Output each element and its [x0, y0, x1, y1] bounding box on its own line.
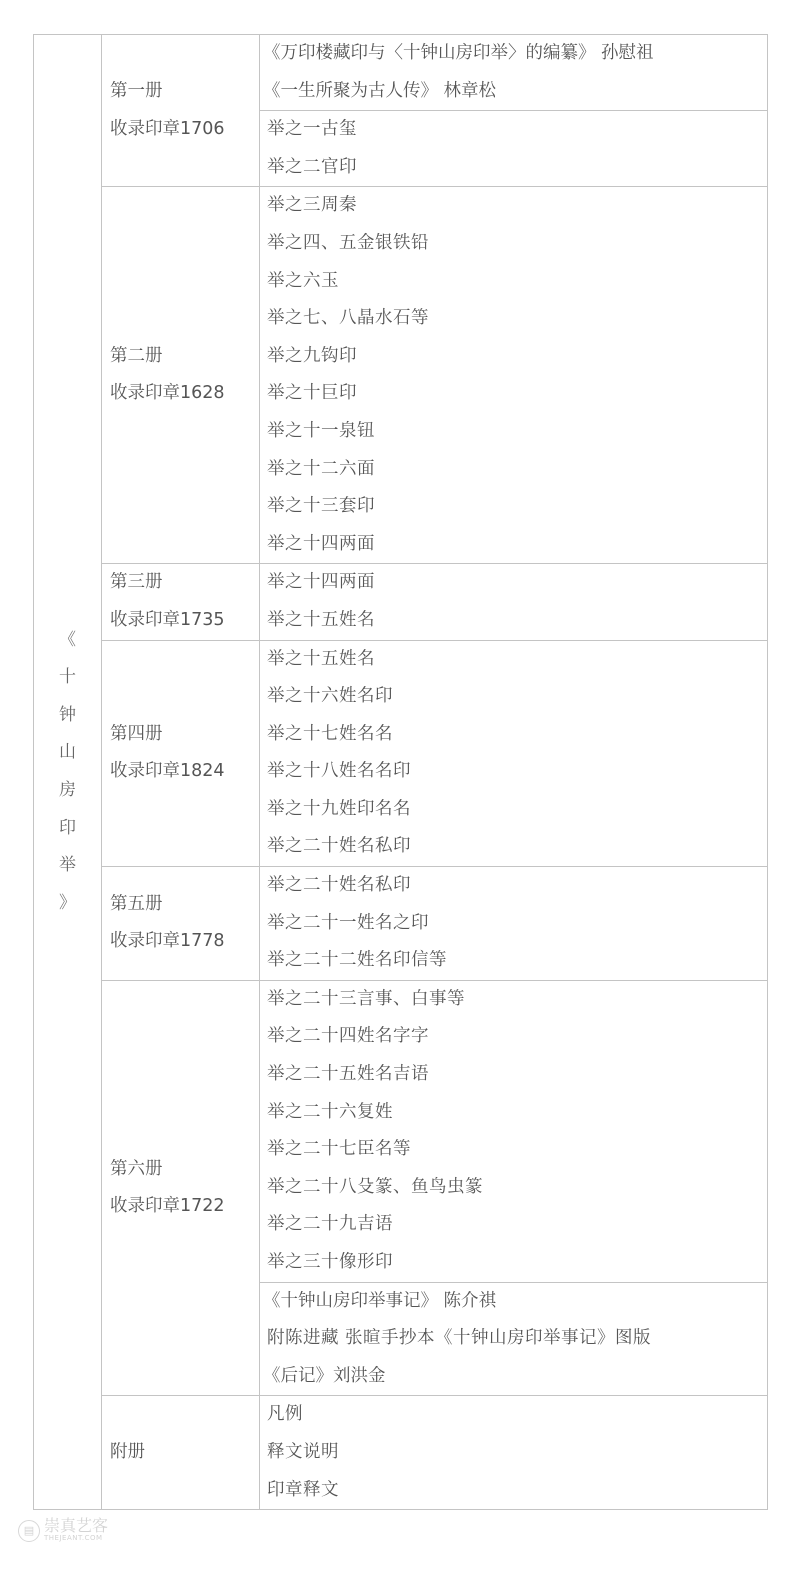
volume-cell: 第三册收录印章1735 [102, 564, 260, 640]
list-item: 举之十六姓名印 [267, 678, 767, 716]
volume-name: 第六册 [110, 1151, 259, 1189]
list-item: 举之二十四姓名字字 [267, 1018, 767, 1056]
watermark-subtext: THEJEANT.COM [44, 1534, 108, 1543]
list-item: 举之四、五金银铁铅 [267, 225, 767, 263]
contents-table: 《 十 钟 山 房 印 举 》第一册收录印章1706《万印楼藏印与〈十钟山房印举… [33, 34, 768, 1510]
list-item: 举之二十姓名私印 [267, 828, 767, 866]
volume-seal-count: 收录印章1628 [110, 375, 259, 413]
table-row: 第二册收录印章1628举之三周秦举之四、五金银铁铅举之六玉举之七、八晶水石等举之… [34, 187, 768, 564]
list-item: 举之十五姓名 [267, 641, 767, 679]
volume-name: 第三册 [110, 564, 259, 602]
list-item: 印章释文 [267, 1472, 767, 1510]
list-item: 凡例 [267, 1396, 767, 1434]
list-item: 举之十二六面 [267, 451, 767, 489]
contents-items-cell: 凡例释文说明印章释文 [260, 1396, 768, 1510]
watermark: ▤ 崇真艺客 THEJEANT.COM [18, 1518, 108, 1543]
volume-cell: 第一册收录印章1706 [102, 35, 260, 187]
volume-cell: 第五册收录印章1778 [102, 867, 260, 981]
table-row: 第五册收录印章1778举之二十姓名私印举之二十一姓名之印举之二十二姓名印信等 [34, 867, 768, 981]
list-item: 举之二十五姓名吉语 [267, 1056, 767, 1094]
volume-seal-count: 收录印章1778 [110, 923, 259, 961]
volume-seal-count: 收录印章1706 [110, 111, 259, 149]
contents-items-cell: 举之十五姓名举之十六姓名印举之十七姓名名举之十八姓名名印举之十九姓印名名举之二十… [260, 640, 768, 867]
series-title: 《 十 钟 山 房 印 举 》 [34, 35, 102, 1510]
list-item: 举之十四两面 [267, 526, 767, 564]
list-item: 举之十七姓名名 [267, 716, 767, 754]
list-item: 举之二十九吉语 [267, 1206, 767, 1244]
volume-seal-count: 收录印章1735 [110, 602, 259, 640]
volume-name: 第五册 [110, 886, 259, 924]
list-item: 举之二十姓名私印 [267, 867, 767, 905]
list-item: 举之二十一姓名之印 [267, 905, 767, 943]
list-item: 举之二十三言事、白事等 [267, 981, 767, 1019]
list-item: 举之十四两面 [267, 564, 767, 602]
list-item: 举之十八姓名名印 [267, 753, 767, 791]
list-item: 举之二十六复姓 [267, 1094, 767, 1132]
list-item: 举之三十像形印 [267, 1244, 767, 1282]
list-item: 举之二十八殳篆、鱼鸟虫篆 [267, 1169, 767, 1207]
contents-items-cell: 举之十四两面举之十五姓名 [260, 564, 768, 640]
volume-name: 第二册 [110, 338, 259, 376]
table-row: 《 十 钟 山 房 印 举 》第一册收录印章1706《万印楼藏印与〈十钟山房印举… [34, 35, 768, 111]
book-icon: ▤ [18, 1520, 40, 1542]
volume-seal-count: 收录印章1824 [110, 753, 259, 791]
list-item: 举之十九姓印名名 [267, 791, 767, 829]
contents-items-cell: 《万印楼藏印与〈十钟山房印举〉的编纂》 孙慰祖《一生所聚为古人传》 林章松 [260, 35, 768, 111]
volume-cell: 第二册收录印章1628 [102, 187, 260, 564]
volume-name: 第四册 [110, 716, 259, 754]
list-item: 举之二十七臣名等 [267, 1131, 767, 1169]
list-item: 举之九钩印 [267, 338, 767, 376]
table-row: 第三册收录印章1735举之十四两面举之十五姓名 [34, 564, 768, 640]
list-item: 举之二官印 [267, 149, 767, 187]
list-item: 释文说明 [267, 1434, 767, 1472]
table-row: 第四册收录印章1824举之十五姓名举之十六姓名印举之十七姓名名举之十八姓名名印举… [34, 640, 768, 867]
list-item: 《万印楼藏印与〈十钟山房印举〉的编纂》 孙慰祖 [263, 35, 767, 73]
list-item: 举之十巨印 [267, 375, 767, 413]
contents-items-cell: 举之三周秦举之四、五金银铁铅举之六玉举之七、八晶水石等举之九钩印举之十巨印举之十… [260, 187, 768, 564]
list-item: 附陈进藏 张暄手抄本《十钟山房印举事记》图版 [267, 1320, 767, 1358]
volume-cell: 第六册收录印章1722 [102, 980, 260, 1396]
contents-items-cell: 举之一古玺举之二官印 [260, 111, 768, 187]
list-item: 举之一古玺 [267, 111, 767, 149]
table-row: 附册凡例释文说明印章释文 [34, 1396, 768, 1510]
contents-items-cell: 举之二十姓名私印举之二十一姓名之印举之二十二姓名印信等 [260, 867, 768, 981]
contents-items-cell: 《十钟山房印举事记》 陈介祺附陈进藏 张暄手抄本《十钟山房印举事记》图版《后记》… [260, 1282, 768, 1396]
contents-items-cell: 举之二十三言事、白事等举之二十四姓名字字举之二十五姓名吉语举之二十六复姓举之二十… [260, 980, 768, 1282]
volume-name: 附册 [110, 1434, 259, 1472]
list-item: 举之三周秦 [267, 187, 767, 225]
list-item: 举之十一泉钮 [267, 413, 767, 451]
list-item: 举之二十二姓名印信等 [267, 942, 767, 980]
table-row: 第六册收录印章1722举之二十三言事、白事等举之二十四姓名字字举之二十五姓名吉语… [34, 980, 768, 1282]
list-item: 举之十三套印 [267, 488, 767, 526]
volume-seal-count: 收录印章1722 [110, 1188, 259, 1226]
list-item: 《十钟山房印举事记》 陈介祺 [263, 1283, 767, 1321]
volume-cell: 附册 [102, 1396, 260, 1510]
watermark-text: 崇真艺客 [44, 1518, 108, 1534]
list-item: 举之十五姓名 [267, 602, 767, 640]
volume-cell: 第四册收录印章1824 [102, 640, 260, 867]
list-item: 举之六玉 [267, 263, 767, 301]
list-item: 《后记》刘洪金 [263, 1358, 767, 1396]
volume-name: 第一册 [110, 73, 259, 111]
list-item: 举之七、八晶水石等 [267, 300, 767, 338]
list-item: 《一生所聚为古人传》 林章松 [263, 73, 767, 111]
